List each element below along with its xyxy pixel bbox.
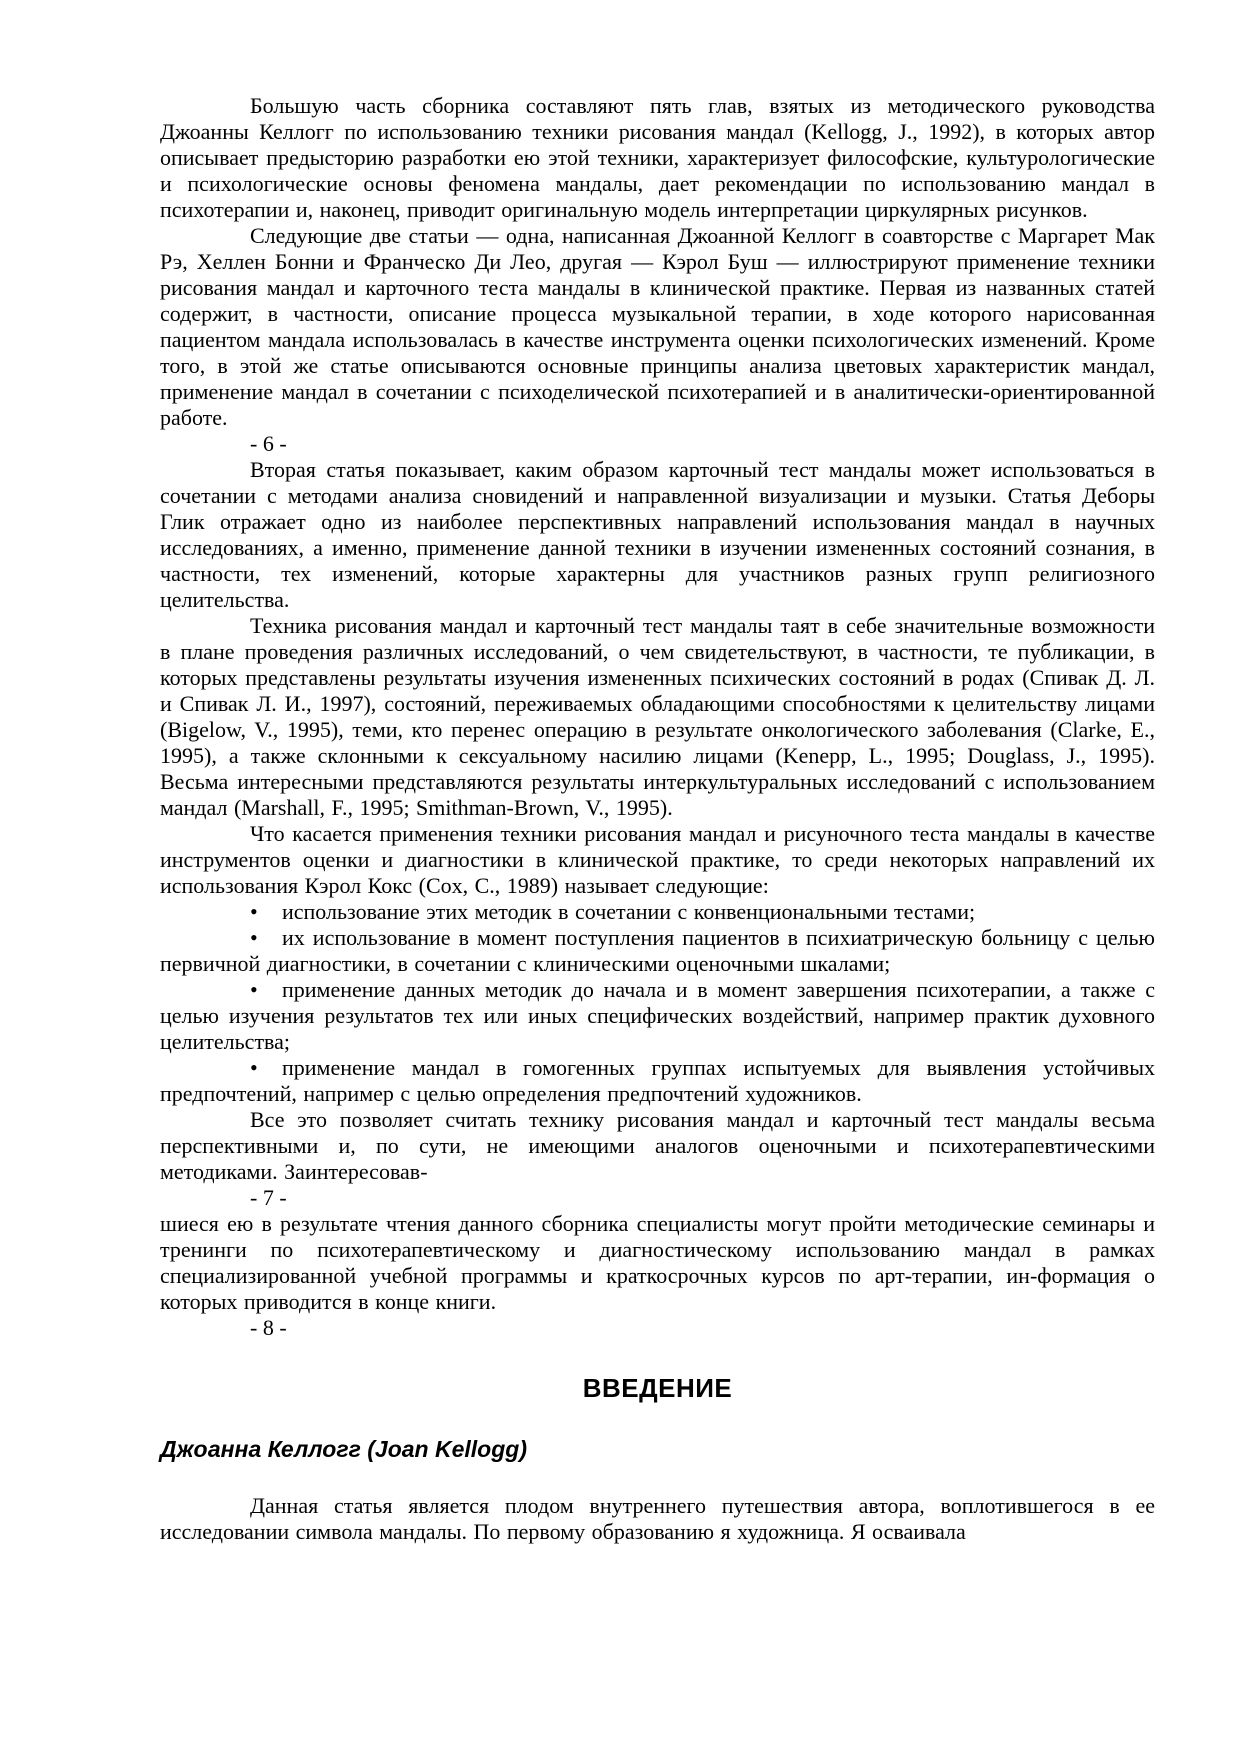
bullet-icon: • <box>250 977 282 1003</box>
bullet-icon: • <box>250 1055 282 1081</box>
bullet-text: применение мандал в гомогенных группах и… <box>160 1055 1155 1106</box>
bullet-text: их использование в момент поступления па… <box>160 925 1155 976</box>
bullet-item-1: •использование этих методик в сочетании … <box>160 899 1155 925</box>
bullet-item-4: •применение мандал в гомогенных группах … <box>160 1055 1155 1107</box>
body-paragraph-2: Следующие две статьи — одна, написанная … <box>160 223 1155 431</box>
body-paragraph-8: Данная статья является плодом внутреннег… <box>160 1493 1155 1545</box>
bullet-text: применение данных методик до начала и в … <box>160 977 1155 1054</box>
body-paragraph-7-continuation: шиеся ею в результате чтения данного сбо… <box>160 1211 1155 1315</box>
body-paragraph-4: Техника рисования мандал и карточный тес… <box>160 613 1155 821</box>
page-number-marker-6: - 6 - <box>160 431 1155 457</box>
section-heading: ВВЕДЕНИЕ <box>160 1373 1155 1403</box>
page-number-marker-8: - 8 - <box>160 1315 1155 1341</box>
bullet-item-2: •их использование в момент поступления п… <box>160 925 1155 977</box>
body-paragraph-6: Все это позволяет считать технику рисова… <box>160 1107 1155 1185</box>
author-subheading: Джоанна Келлогг (Joan Kellogg) <box>160 1435 1155 1463</box>
bullet-icon: • <box>250 899 282 925</box>
body-paragraph-3: Вторая статья показывает, каким образом … <box>160 457 1155 613</box>
page-number-marker-7: - 7 - <box>160 1185 1155 1211</box>
bullet-icon: • <box>250 925 282 951</box>
document-page: Большую часть сборника составляют пять г… <box>0 0 1240 1754</box>
bullet-text: использование этих методик в сочетании с… <box>282 899 975 924</box>
body-paragraph-1: Большую часть сборника составляют пять г… <box>160 93 1155 223</box>
body-paragraph-5: Что касается применения техники рисовани… <box>160 821 1155 899</box>
bullet-item-3: •применение данных методик до начала и в… <box>160 977 1155 1055</box>
